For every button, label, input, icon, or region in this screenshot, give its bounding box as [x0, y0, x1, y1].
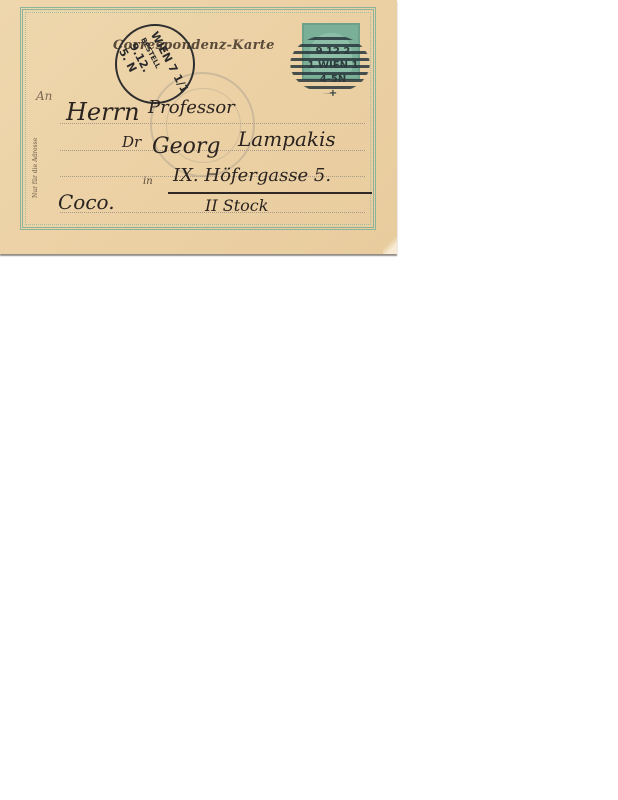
side-note-wrap: Nur für die Adresse	[32, 198, 40, 268]
side-note: Nur für die Adresse	[32, 138, 39, 198]
cancellation-text: 9 12 2 1 WIEN 1 4-5N +	[298, 45, 368, 101]
recipient-first-name: Georg	[152, 134, 220, 159]
recipient-honorific: Dr	[122, 133, 141, 151]
cancel-line-1: 9 12 2	[298, 45, 368, 59]
sender-signature: Coco.	[58, 190, 115, 214]
cancel-symbol: +	[298, 87, 368, 101]
street-underline	[168, 192, 372, 194]
in-label: in	[143, 176, 153, 187]
recipient-last-name: Lampakis	[238, 127, 336, 151]
cancel-line-3: 4-5N	[298, 73, 368, 87]
recipient-title: Professor	[148, 97, 235, 118]
cancel-line-2: 1 WIEN 1	[298, 59, 368, 73]
street-address: IX. Höfergasse 5.	[173, 165, 331, 186]
floor: II Stock	[205, 196, 268, 215]
prefix-label: An	[36, 89, 52, 103]
salutation: Herrn	[66, 98, 140, 126]
postcard: Correspondenz-Karte Nur für die Adresse …	[0, 0, 397, 254]
